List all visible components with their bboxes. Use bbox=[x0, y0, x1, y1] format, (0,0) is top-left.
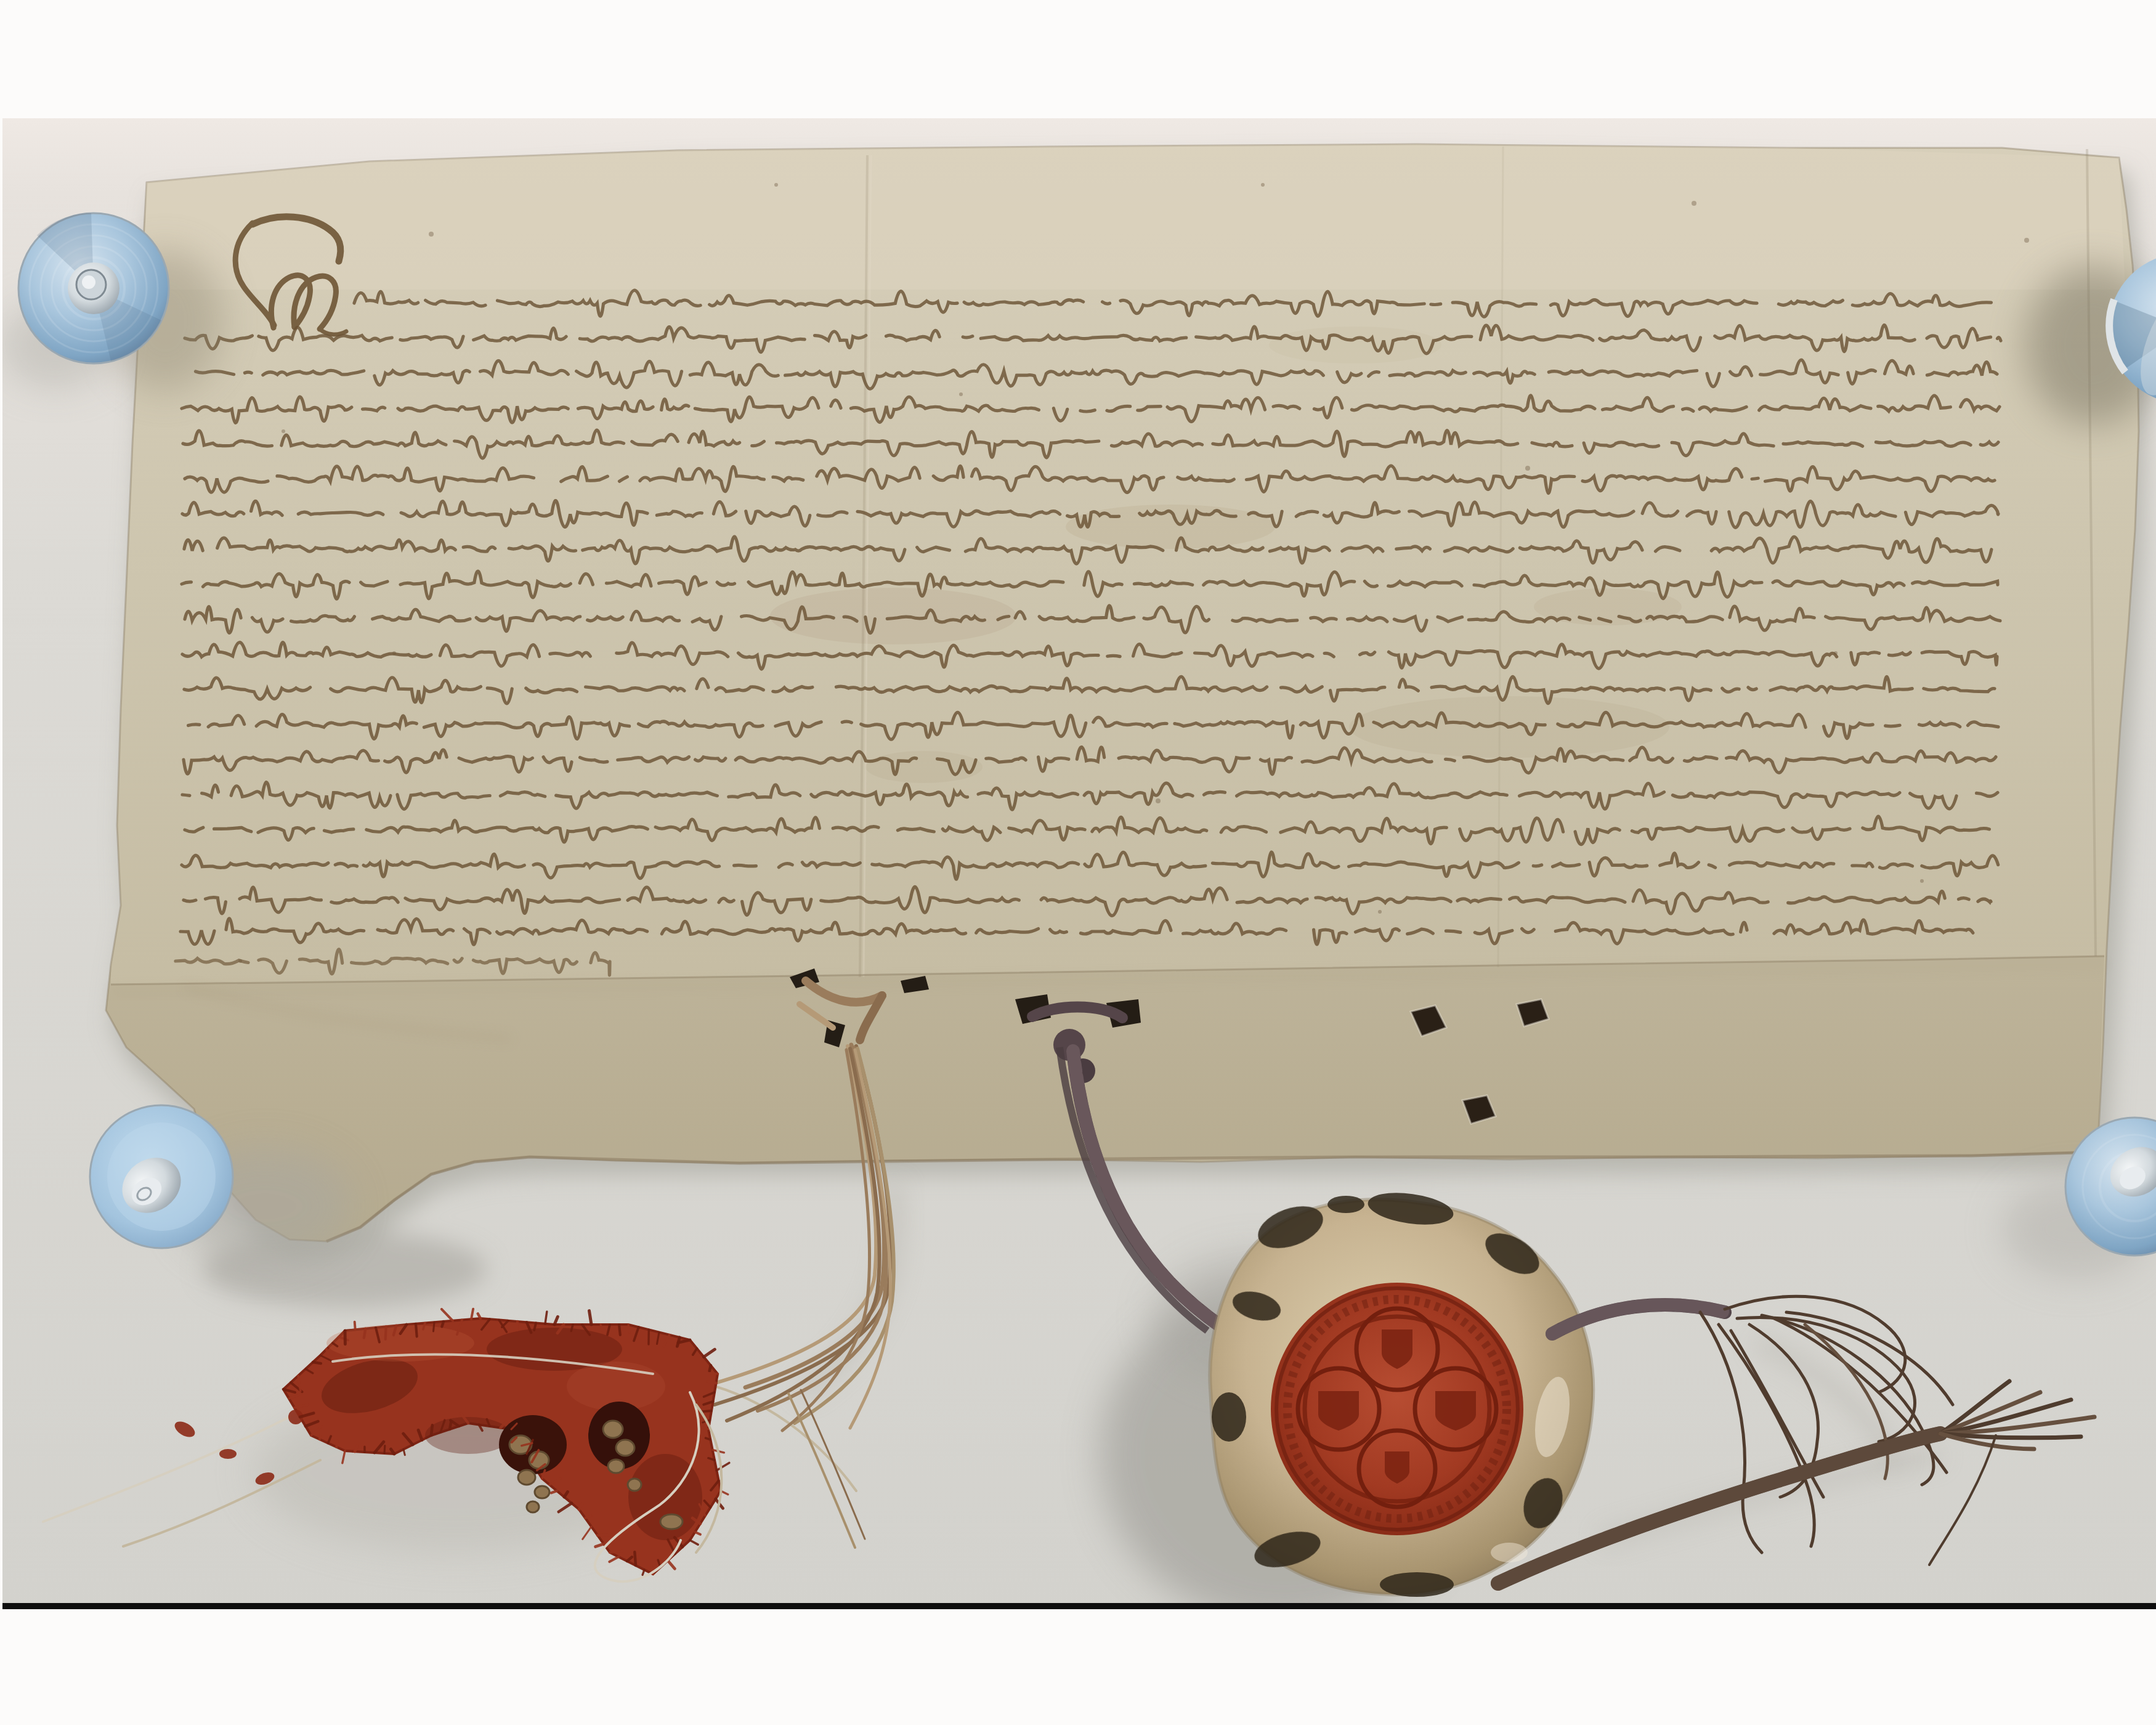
textile-fray-thread bbox=[336, 1441, 337, 1447]
textile-fray-thread bbox=[534, 1323, 536, 1331]
textile-fray-thread bbox=[320, 1433, 321, 1439]
textile-fray-thread bbox=[619, 1325, 620, 1335]
textile-fray-thread bbox=[434, 1322, 435, 1331]
textile-fray-thread bbox=[628, 1325, 630, 1333]
parchment-light-zone bbox=[143, 144, 2125, 290]
textile-fray-thread bbox=[634, 1552, 636, 1565]
textile-fray-thread bbox=[384, 1446, 385, 1453]
textile-fray-thread bbox=[709, 1373, 718, 1374]
parchment bbox=[106, 144, 2139, 1241]
textile-fray-thread bbox=[416, 1324, 417, 1337]
textile-fray-thread bbox=[431, 1425, 432, 1435]
textile-fray-thread bbox=[386, 1326, 386, 1339]
textile-fray-thread bbox=[590, 1311, 592, 1325]
textile-fray-thread bbox=[601, 1325, 602, 1331]
textile-fray-thread bbox=[610, 1551, 622, 1552]
textile-fray-thread bbox=[326, 1349, 328, 1354]
textile-fray-thread bbox=[313, 1362, 321, 1363]
textile-fray-thread bbox=[364, 1329, 365, 1338]
textile-fray-thread bbox=[706, 1438, 711, 1440]
wax-highlight bbox=[1491, 1543, 1528, 1562]
charter-photograph bbox=[0, 0, 2156, 1725]
textile-fray-thread bbox=[442, 1321, 444, 1326]
photographed-charter-page bbox=[0, 0, 2156, 1725]
textile-fray-thread bbox=[708, 1382, 716, 1383]
textile-fray-thread bbox=[450, 1421, 451, 1429]
seal-impression bbox=[1271, 1283, 1523, 1535]
textile-fray-thread bbox=[355, 1322, 355, 1330]
textile-fray-thread bbox=[710, 1365, 711, 1371]
textile-fray-thread bbox=[598, 1535, 611, 1535]
textile-fray-thread bbox=[517, 1321, 518, 1330]
photo-bottom-border bbox=[2, 1603, 2156, 1609]
